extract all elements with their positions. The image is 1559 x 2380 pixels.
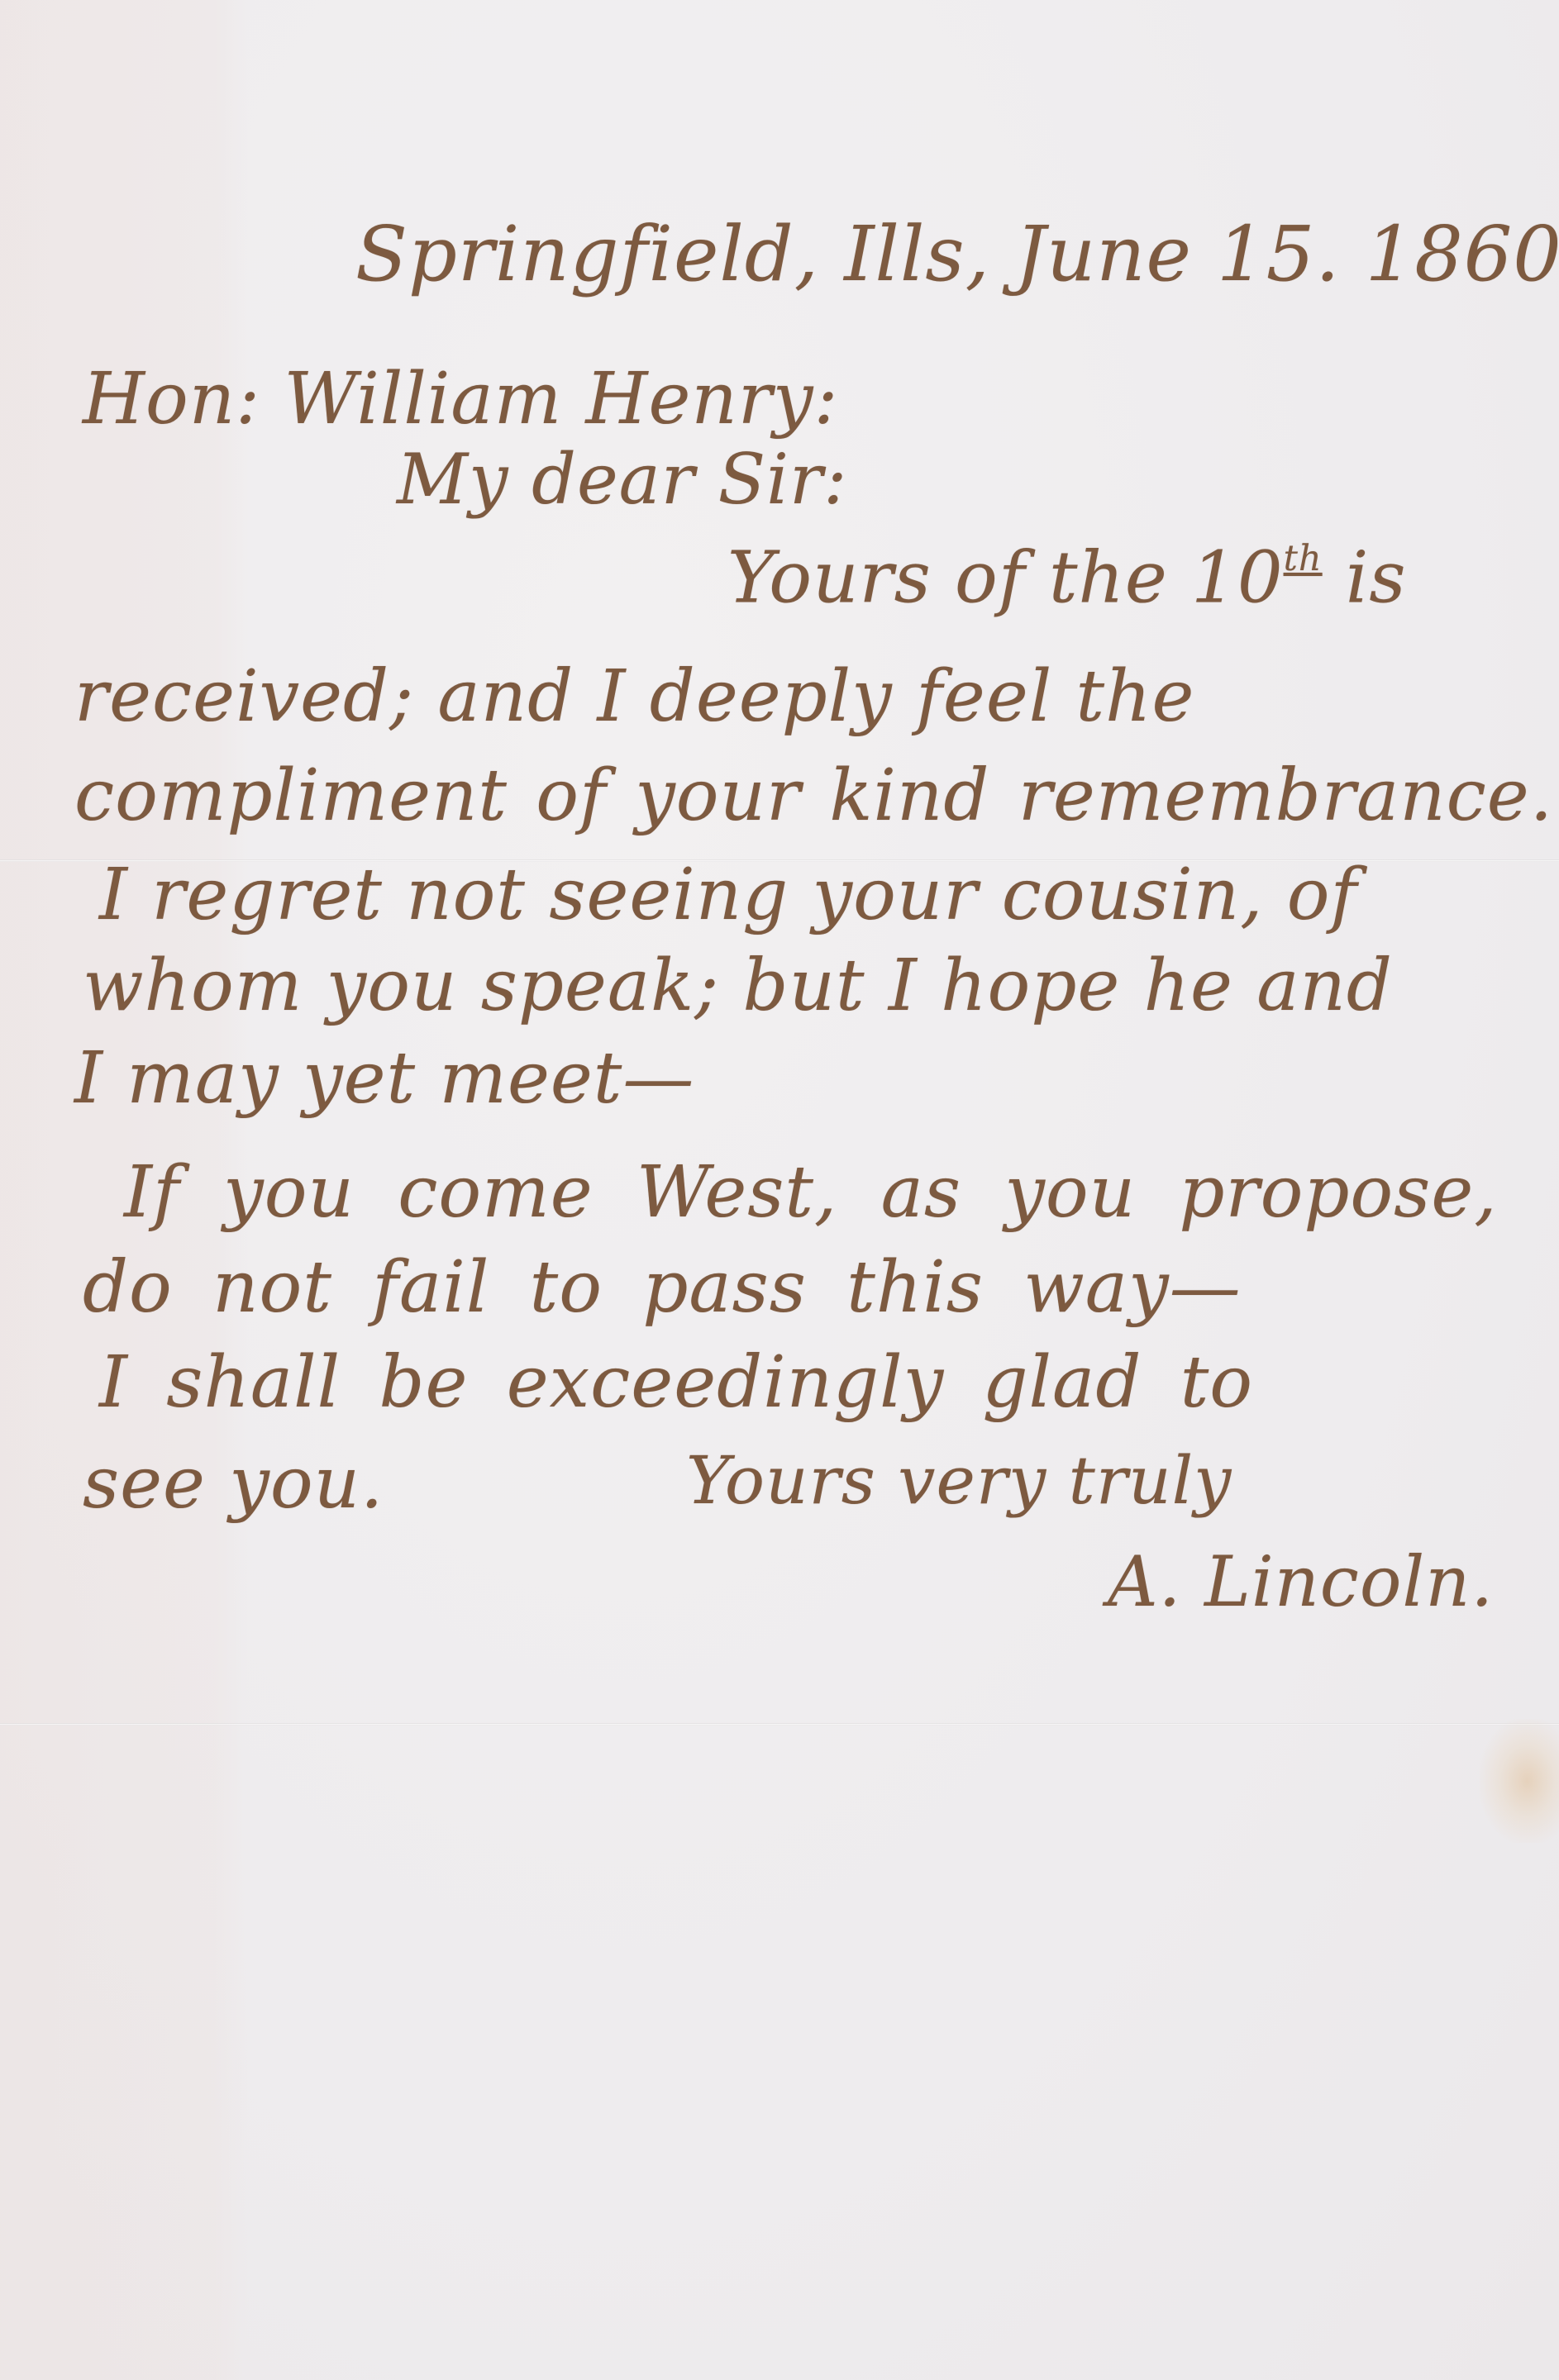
- fold-crease-lower: [0, 1723, 1559, 1725]
- body-line: compliment of your kind remembrance.: [74, 760, 1553, 831]
- body-line: I may yet meet—: [74, 1043, 694, 1114]
- body-line: Yours of the 10th is: [727, 541, 1407, 614]
- body-line: see you.: [83, 1448, 384, 1519]
- body-line: I regret not seeing your cousin, of: [99, 859, 1357, 931]
- signature: A. Lincoln.: [1108, 1547, 1494, 1616]
- dateline: Springfield, Ills, June 15. 1860: [355, 217, 1559, 293]
- salutation: Hon: William Henry:: [83, 364, 838, 435]
- body-line-tail: is: [1323, 537, 1407, 620]
- foxing-stain: [1480, 1719, 1559, 1843]
- body-line: whom you speak; but I hope he and: [83, 950, 1393, 1021]
- letter-paper: Springfield, Ills, June 15. 1860 Hon: Wi…: [0, 0, 1559, 2380]
- body-line: received; and I deeply feel the: [74, 661, 1194, 732]
- body-line: If you come West, as you propose,: [124, 1157, 1498, 1228]
- greeting: My dear Sir:: [397, 445, 847, 514]
- body-line: I shall be exceedingly glad to: [99, 1347, 1253, 1418]
- ordinal-superscript: th: [1284, 538, 1323, 579]
- closing: Yours very truly: [686, 1448, 1232, 1514]
- body-line-text: Yours of the 10: [727, 537, 1284, 620]
- body-line: do not fail to pass this way—: [83, 1252, 1242, 1323]
